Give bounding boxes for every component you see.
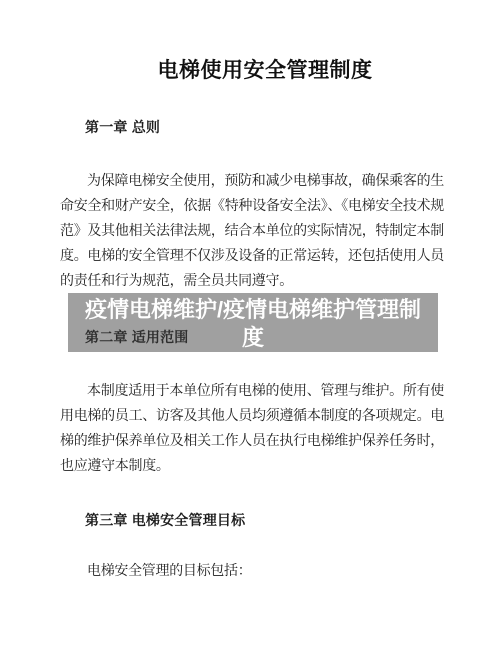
chapter-1-heading: 第一章 总则 bbox=[60, 119, 444, 135]
chapter-3-paragraph: 电梯安全管理的目标包括： bbox=[60, 559, 444, 584]
chapter-2-heading: 第二章 适用范围 bbox=[60, 329, 444, 345]
document-page: 电梯使用安全管理制度 第一章 总则 为保障电梯安全使用，预防和减少电梯事故，确保… bbox=[0, 0, 500, 647]
chapter-2-paragraph: 本制度适用于本单位所有电梯的使用、管理与维护。所有使用电梯的员工、访客及其他人员… bbox=[60, 379, 444, 479]
document-title: 电梯使用安全管理制度 bbox=[0, 59, 500, 83]
chapter-3-heading: 第三章 电梯安全管理目标 bbox=[60, 512, 444, 528]
chapter-1-paragraph: 为保障电梯安全使用，预防和减少电梯事故，确保乘客的生命安全和财产安全，依据《特种… bbox=[60, 169, 444, 294]
